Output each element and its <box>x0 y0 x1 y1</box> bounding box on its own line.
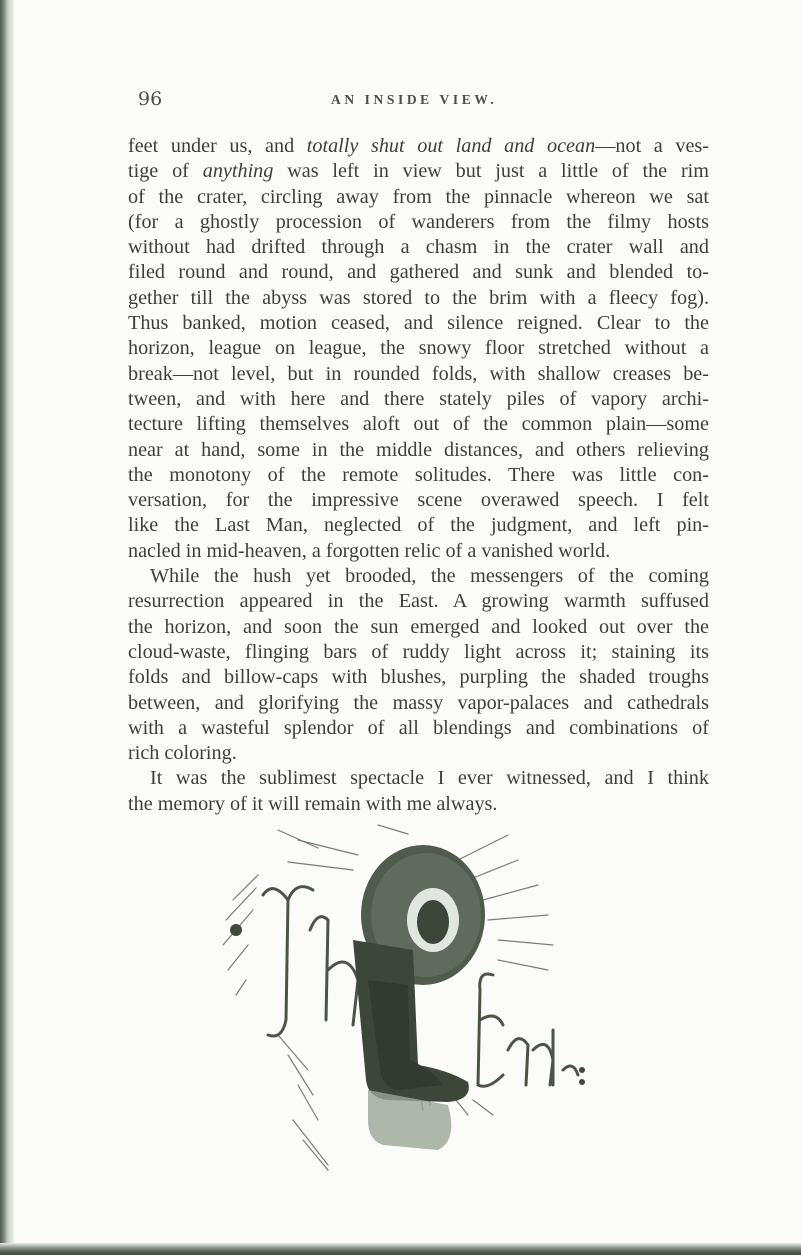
text-line: It was the sublimest spectacle I ever wi… <box>128 766 709 791</box>
text-line: resurrection appeared in the East. A gro… <box>128 589 709 614</box>
text-line: While the hush yet brooded, the messenge… <box>128 564 709 589</box>
text-line: tige of anything was left in view but ju… <box>128 159 709 184</box>
text-line: nacled in mid-heaven, a forgotten relic … <box>128 539 709 564</box>
text-line: break—not level, but in rounded folds, w… <box>128 362 709 387</box>
page-number: 96 <box>138 88 162 110</box>
italic-text: totally shut out land and ocean <box>307 135 595 157</box>
text-line: folds and billow-caps with blushes, purp… <box>128 665 709 690</box>
text-line: without had drifted through a chasm in t… <box>128 235 709 260</box>
text-line: tween, and with here and there stately p… <box>128 387 709 412</box>
text-line: the memory of it will remain with me alw… <box>128 792 709 817</box>
text-line: filed round and round, and gathered and … <box>128 260 709 285</box>
text-line: cloud-waste, flinging bars of ruddy ligh… <box>128 640 709 665</box>
text-line: near at hand, some in the middle distanc… <box>128 438 709 463</box>
text-line: gether till the abyss was stored to the … <box>128 286 709 311</box>
text-line: rich coloring. <box>128 741 709 766</box>
text-line: (for a ghostly procession of wanderers f… <box>128 210 709 235</box>
text-line: the monotony of the remote solitudes. Th… <box>128 463 709 488</box>
text-line: like the Last Man, neglected of the judg… <box>128 513 709 538</box>
text-line: with a wasteful splendor of all blending… <box>128 716 709 741</box>
the-end-tailpiece-illustration <box>218 820 598 1175</box>
body-text: feet under us, and totally shut out land… <box>128 134 709 817</box>
text-line: tecture lifting themselves aloft out of … <box>128 412 709 437</box>
text-line: the horizon, and soon the sun emerged an… <box>128 615 709 640</box>
text-line: between, and glorifying the massy vapor-… <box>128 691 709 716</box>
book-spine-shadow <box>0 0 14 1255</box>
text-line: feet under us, and totally shut out land… <box>128 134 709 159</box>
text-line: horizon, league on league, the snowy flo… <box>128 336 709 361</box>
italic-text: anything <box>203 160 274 182</box>
hat-and-boots-icon <box>218 820 598 1175</box>
running-head: AN INSIDE VIEW. <box>331 92 497 108</box>
text-line: Thus banked, motion ceased, and silence … <box>128 311 709 336</box>
page-bottom-edge <box>0 1243 801 1255</box>
text-line: versation, for the impressive scene over… <box>128 488 709 513</box>
text-line: of the crater, circling away from the pi… <box>128 185 709 210</box>
